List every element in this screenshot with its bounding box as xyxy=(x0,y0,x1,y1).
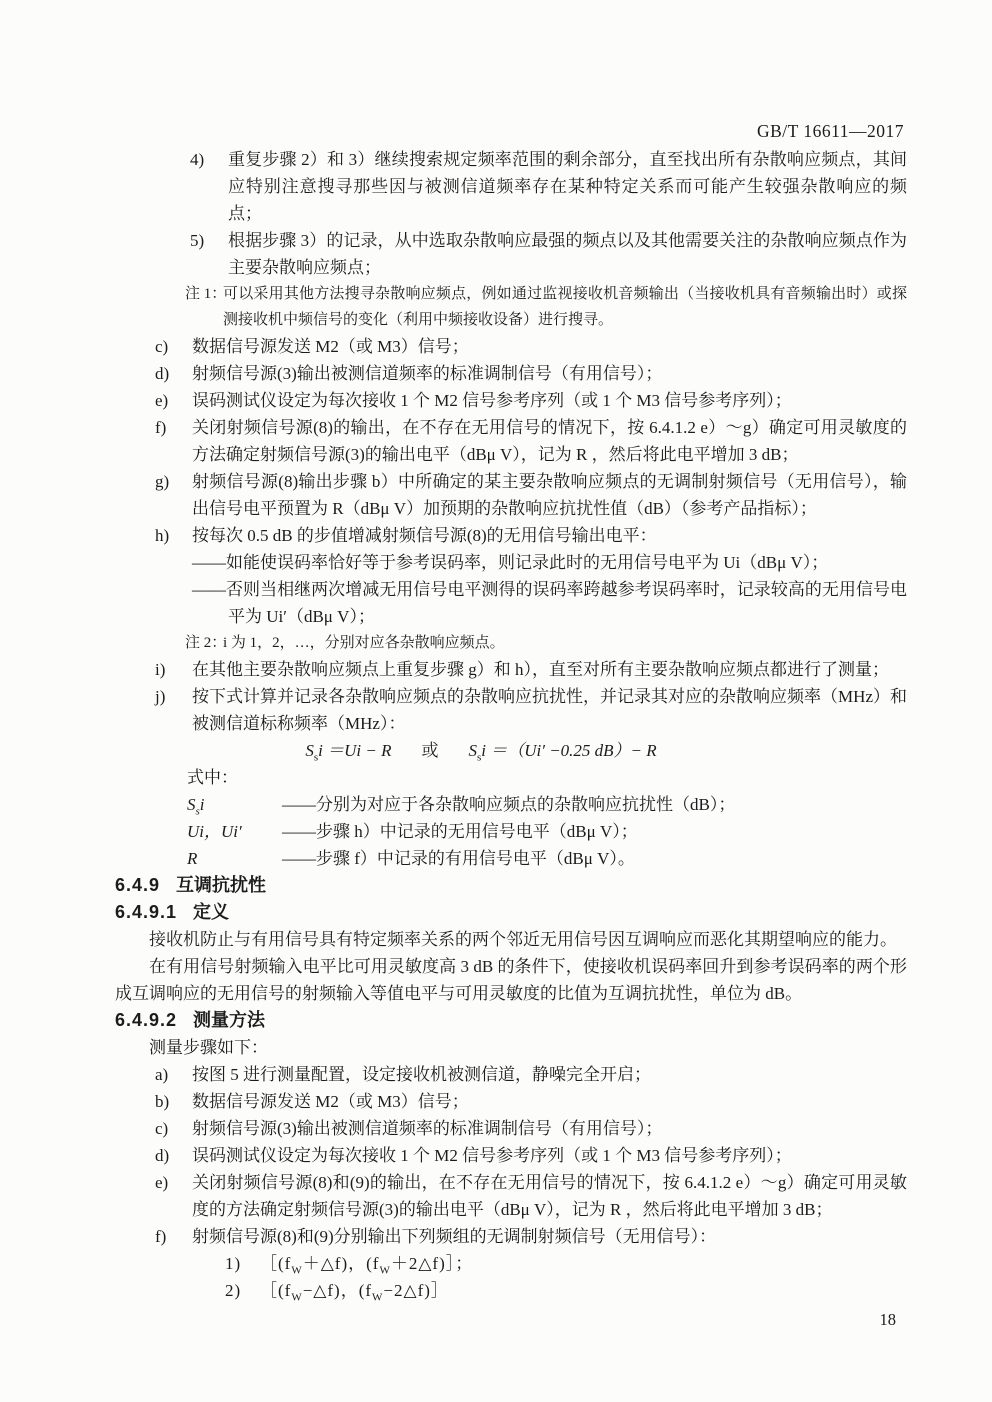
document-page: GB/T 16611—2017 4) 重复步骤 2）和 3）继续搜索规定频率范围… xyxy=(0,0,992,1402)
freq-sub: W xyxy=(291,1264,302,1276)
freq-group-1: 1) ［(fW＋△f)，(fW＋2△f)］； xyxy=(115,1250,907,1277)
section-heading-6491: 6.4.9.1定义 xyxy=(115,899,907,926)
measure-item-d-text: 误码测试仪设定为每次接收 1 个 M2 信号参考序列（或 1 个 M3 信号参考… xyxy=(192,1146,792,1165)
freq-part: ［(f xyxy=(260,1254,291,1273)
measure-item-a-text: 按图 5 进行测量配置，设定接收机被测信道，静噪完全开启； xyxy=(192,1065,651,1084)
section-heading-6492: 6.4.9.2测量方法 xyxy=(115,1007,907,1034)
measure-item-b-label: b) xyxy=(155,1088,169,1115)
page-content: 4) 重复步骤 2）和 3）继续搜索规定频率范围的剩余部分，直至找出所有杂散响应… xyxy=(115,146,907,1304)
list-item-c-label: c) xyxy=(155,333,168,360)
term-base: R xyxy=(187,849,197,868)
dash-item-2: ——否则当相继两次增减无用信号电平测得的误码率跨越参考误码率时，记录较高的无用信… xyxy=(115,576,907,630)
formula: Ssi ＝Ui − R或Ssi ＝（Ui′ −0.25 dB）− R xyxy=(115,737,907,764)
freq-part: −△f)，(f xyxy=(303,1281,372,1300)
freq-group-2: 2) ［(fW−△f)，(fW−2△f)］ xyxy=(115,1277,907,1304)
measure-item-e-label: e) xyxy=(155,1169,168,1196)
formula-eq1: i ＝Ui − R xyxy=(318,741,391,760)
freq-part: ＋△f)，(f xyxy=(303,1254,380,1273)
section-heading-649: 6.4.9互调抗扰性 xyxy=(115,872,907,899)
measure-item-e-text: 关闭射频信号源(8)和(9)的输出，在不存在无用信号的情况下，按 6.4.1.2… xyxy=(192,1173,907,1219)
list-item-i-label: i) xyxy=(155,656,165,683)
formula-lhs2-base: S xyxy=(468,741,477,760)
section-number: 6.4.9.2 xyxy=(115,1010,177,1030)
measure-item-a: a) 按图 5 进行测量配置，设定接收机被测信道，静噪完全开启； xyxy=(115,1061,907,1088)
measure-item-c-label: c) xyxy=(155,1115,168,1142)
list-item-j-text: 按下式计算并记录各杂散响应频点的杂散响应抗扰性，并记录其对应的杂散响应频率（MH… xyxy=(192,687,907,733)
list-item-4-label: 4) xyxy=(190,146,204,173)
measure-item-f-text: 射频信号源(8)和(9)分别输出下列频组的无调制射频信号（无用信号）： xyxy=(192,1227,716,1246)
measure-item-b: b) 数据信号源发送 M2（或 M3）信号； xyxy=(115,1088,907,1115)
list-item-f: f) 关闭射频信号源(8)的输出，在不存在无用信号的情况下，按 6.4.1.2 … xyxy=(115,414,907,468)
note-2-text: i 为 1，2，…，分别对应各杂散响应频点。 xyxy=(223,635,505,651)
list-item-h-label: h) xyxy=(155,522,169,549)
measure-item-e: e) 关闭射频信号源(8)和(9)的输出，在不存在无用信号的情况下，按 6.4.… xyxy=(115,1169,907,1223)
list-item-5-text: 根据步骤 3）的记录，从中选取杂散响应最强的频点以及其他需要关注的杂散响应频点作… xyxy=(228,231,907,277)
definition-paragraph-1: 接收机防止与有用信号具有特定频率关系的两个邻近无用信号因互调响应而恶化其期望响应… xyxy=(115,926,907,953)
note-1-text: 可以采用其他方法搜寻杂散响应频点，例如通过监视接收机音频输出（当接收机具有音频输… xyxy=(223,286,907,328)
list-item-g: g) 射频信号源(8)输出步骤 b）中所确定的某主要杂散响应频点的无调制射频信号… xyxy=(115,468,907,522)
section-number: 6.4.9.1 xyxy=(115,902,177,922)
term-base: S xyxy=(187,795,196,814)
freq-part: ［(f xyxy=(260,1281,291,1300)
list-item-f-label: f) xyxy=(155,414,166,441)
freq-sub: W xyxy=(372,1291,383,1303)
list-item-h: h) 按每次 0.5 dB 的步值增减射频信号源(8)的无用信号输出电平： xyxy=(115,522,907,549)
list-item-4: 4) 重复步骤 2）和 3）继续搜索规定频率范围的剩余部分，直至找出所有杂散响应… xyxy=(115,146,907,227)
freq-group-2-label: 2) xyxy=(225,1277,241,1304)
note-2-label: 注 2： xyxy=(185,630,226,656)
definition-term-ui: Ui，Ui′ xyxy=(187,818,242,845)
section-title: 互调抗扰性 xyxy=(176,875,266,895)
measure-item-b-text: 数据信号源发送 M2（或 M3）信号； xyxy=(192,1092,469,1111)
definition-term-ssi: Ssi xyxy=(187,791,205,818)
list-item-g-text: 射频信号源(8)输出步骤 b）中所确定的某主要杂散响应频点的无调制射频信号（无用… xyxy=(192,472,907,518)
list-item-i-text: 在其他主要杂散响应频点上重复步骤 g）和 h），直至对所有主要杂散响应频点都进行… xyxy=(192,660,889,679)
note-1-label: 注 1： xyxy=(185,281,226,307)
list-item-e-label: e) xyxy=(155,387,168,414)
list-item-e-text: 误码测试仪设定为每次接收 1 个 M2 信号参考序列（或 1 个 M3 信号参考… xyxy=(192,391,792,410)
measure-item-c-text: 射频信号源(3)输出被测信道频率的标准调制信号（有用信号）； xyxy=(192,1119,662,1138)
measure-item-a-label: a) xyxy=(155,1061,168,1088)
definition-text-ui: ——步骤 h）中记录的无用信号电平（dBμ V）； xyxy=(282,822,638,841)
definition-row-ssi: Ssi ——分别为对应于各杂散响应频点的杂散响应抗扰性（dB）； xyxy=(115,791,907,818)
definition-term-r: R xyxy=(187,845,197,872)
term-base: Ui，Ui′ xyxy=(187,822,242,841)
list-item-g-label: g) xyxy=(155,468,169,495)
page-number: 18 xyxy=(880,1306,897,1333)
measure-item-c: c) 射频信号源(3)输出被测信道频率的标准调制信号（有用信号）； xyxy=(115,1115,907,1142)
measure-item-f-label: f) xyxy=(155,1223,166,1250)
list-item-i: i) 在其他主要杂散响应频点上重复步骤 g）和 h），直至对所有主要杂散响应频点… xyxy=(115,656,907,683)
freq-group-1-text: ［(fW＋△f)，(fW＋2△f)］； xyxy=(260,1254,473,1273)
freq-part: −2△f)］ xyxy=(383,1281,448,1300)
measure-intro: 测量步骤如下： xyxy=(115,1034,907,1061)
list-item-h-text: 按每次 0.5 dB 的步值增减射频信号源(8)的无用信号输出电平： xyxy=(192,526,657,545)
section-title: 定义 xyxy=(193,902,229,922)
list-item-d-text: 射频信号源(3)输出被测信道频率的标准调制信号（有用信号）； xyxy=(192,364,662,383)
list-item-f-text: 关闭射频信号源(8)的输出，在不存在无用信号的情况下，按 6.4.1.2 e）～… xyxy=(192,418,907,464)
note-2: 注 2： i 为 1，2，…，分别对应各杂散响应频点。 xyxy=(115,630,907,656)
formula-eq2: i ＝（Ui′ −0.25 dB）− R xyxy=(481,741,656,760)
list-item-c: c) 数据信号源发送 M2（或 M3）信号； xyxy=(115,333,907,360)
freq-sub: W xyxy=(379,1264,390,1276)
measure-item-d: d) 误码测试仪设定为每次接收 1 个 M2 信号参考序列（或 1 个 M3 信… xyxy=(115,1142,907,1169)
definition-paragraph-2: 在有用信号射频输入电平比可用灵敏度高 3 dB 的条件下，使接收机误码率回升到参… xyxy=(115,953,907,1007)
list-item-5-label: 5) xyxy=(190,227,204,254)
list-item-d-label: d) xyxy=(155,360,169,387)
list-item-j: j) 按下式计算并记录各杂散响应频点的杂散响应抗扰性，并记录其对应的杂散响应频率… xyxy=(115,683,907,737)
list-item-e: e) 误码测试仪设定为每次接收 1 个 M2 信号参考序列（或 1 个 M3 信… xyxy=(115,387,907,414)
where-label: 式中： xyxy=(115,764,907,791)
freq-part: ＋2△f)］； xyxy=(391,1254,473,1273)
freq-group-1-label: 1) xyxy=(225,1250,241,1277)
definition-row-r: R ——步骤 f）中记录的有用信号电平（dBμ V）。 xyxy=(115,845,907,872)
list-item-5: 5) 根据步骤 3）的记录，从中选取杂散响应最强的频点以及其他需要关注的杂散响应… xyxy=(115,227,907,281)
section-title: 测量方法 xyxy=(193,1010,265,1030)
formula-lhs1-base: S xyxy=(305,741,314,760)
note-1: 注 1： 可以采用其他方法搜寻杂散响应频点，例如通过监视接收机音频输出（当接收机… xyxy=(115,281,907,333)
list-item-d: d) 射频信号源(3)输出被测信道频率的标准调制信号（有用信号）； xyxy=(115,360,907,387)
measure-item-d-label: d) xyxy=(155,1142,169,1169)
doc-number: GB/T 16611—2017 xyxy=(757,118,904,145)
list-item-4-text: 重复步骤 2）和 3）继续搜索规定频率范围的剩余部分，直至找出所有杂散响应频点，… xyxy=(228,150,907,223)
definition-row-ui: Ui，Ui′ ——步骤 h）中记录的无用信号电平（dBμ V）； xyxy=(115,818,907,845)
section-number: 6.4.9 xyxy=(115,875,160,895)
freq-group-2-text: ［(fW−△f)，(fW−2△f)］ xyxy=(260,1281,449,1300)
list-item-c-text: 数据信号源发送 M2（或 M3）信号； xyxy=(192,337,469,356)
term-rest: i xyxy=(200,795,205,814)
definition-text-r: ——步骤 f）中记录的有用信号电平（dBμ V）。 xyxy=(282,849,635,868)
measure-item-f: f) 射频信号源(8)和(9)分别输出下列频组的无调制射频信号（无用信号）： xyxy=(115,1223,907,1250)
list-item-j-label: j) xyxy=(155,683,165,710)
dash-item-1: ——如能使误码率恰好等于参考误码率，则记录此时的无用信号电平为 Ui（dBμ V… xyxy=(115,549,907,576)
definition-text-ssi: ——分别为对应于各杂散响应频点的杂散响应抗扰性（dB）； xyxy=(282,795,735,814)
formula-or: 或 xyxy=(421,741,438,760)
freq-sub: W xyxy=(291,1291,302,1303)
